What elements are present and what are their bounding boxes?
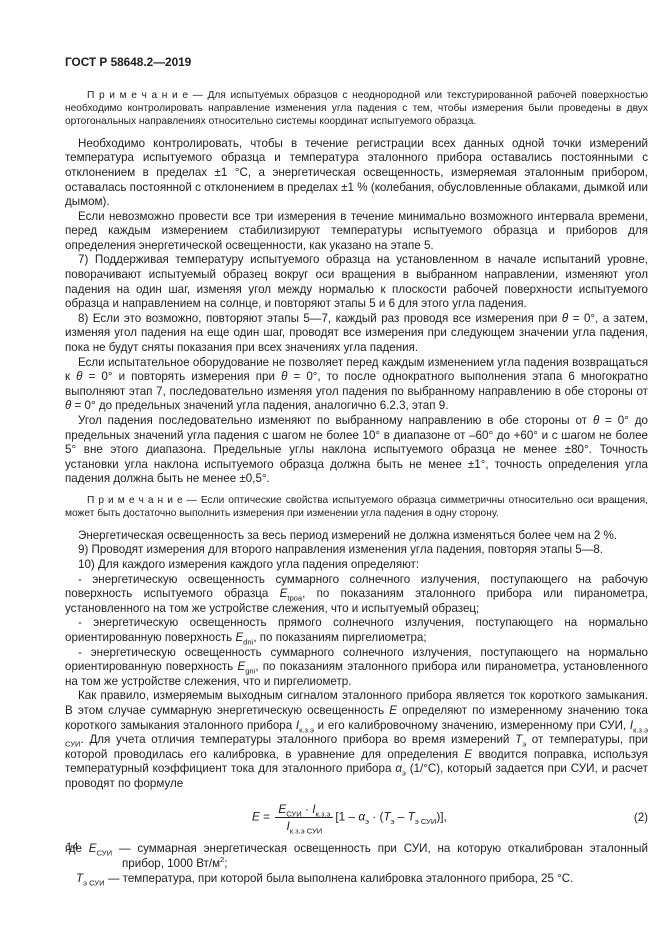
body-paragraph: - энергетическую освещенность суммарного… bbox=[65, 573, 648, 617]
body-paragraph: Необходимо контролировать, чтобы в течен… bbox=[65, 137, 648, 210]
where-dash: — bbox=[112, 842, 137, 855]
body-paragraph: 7) Поддерживая температуру испытуемого о… bbox=[65, 253, 648, 311]
formula-fraction: EСУИ · Iк.з.эIк.з.э СУИ bbox=[275, 802, 333, 833]
body-paragraph: 10) Для каждого измерения каждого угла п… bbox=[65, 558, 648, 573]
formula-expression: E = EСУИ · Iк.з.эIк.з.э СУИ[1 – αэ · (Tэ… bbox=[65, 802, 634, 833]
note-paragraph: П р и м е ч а н и е — Если оптические св… bbox=[65, 495, 648, 521]
formula-equation: E = EСУИ · Iк.з.эIк.з.э СУИ[1 – αэ · (Tэ… bbox=[65, 802, 648, 833]
document-content: ГОСТ Р 58648.2—2019 П р и м е ч а н и е … bbox=[65, 55, 648, 886]
body-paragraph: Угол падения последовательно изменяют по… bbox=[65, 414, 648, 487]
standard-number-header: ГОСТ Р 58648.2—2019 bbox=[65, 55, 648, 69]
body-paragraph: - энергетическую освещенность суммарного… bbox=[65, 646, 648, 690]
note-paragraph: П р и м е ч а н и е — Для испытуемых обр… bbox=[65, 90, 648, 129]
where-definition-row: Tэ СУИ — температура, при которой была в… bbox=[65, 872, 648, 887]
body-paragraph: 8) Если это возможно, повторяют этапы 5—… bbox=[65, 312, 648, 356]
fraction-denominator: Iк.з.э СУИ bbox=[275, 818, 333, 833]
formula-number: (2) bbox=[634, 811, 648, 824]
document-body: П р и м е ч а н и е — Для испытуемых обр… bbox=[65, 90, 648, 886]
where-definition-row: где EСУИ — суммарная энергетическая осве… bbox=[65, 842, 648, 871]
body-paragraph: - энергетическую освещенность прямого со… bbox=[65, 616, 648, 645]
body-paragraph: Как правило, измеряемым выходным сигнало… bbox=[65, 689, 648, 791]
page-number: 14 bbox=[66, 841, 78, 853]
document-page: ГОСТ Р 58648.2—2019 П р и м е ч а н и е … bbox=[0, 0, 661, 935]
body-paragraph: 9) Проводят измерения для второго направ… bbox=[65, 543, 648, 558]
fraction-numerator: EСУИ · Iк.з.э bbox=[275, 802, 333, 818]
where-dash: — bbox=[105, 872, 123, 885]
body-paragraph: Энергетическая освещенность за весь пери… bbox=[65, 529, 648, 544]
body-paragraph: Если испытательное оборудование не позво… bbox=[65, 356, 648, 414]
body-paragraph: Если невозможно провести все три измерен… bbox=[65, 210, 648, 254]
